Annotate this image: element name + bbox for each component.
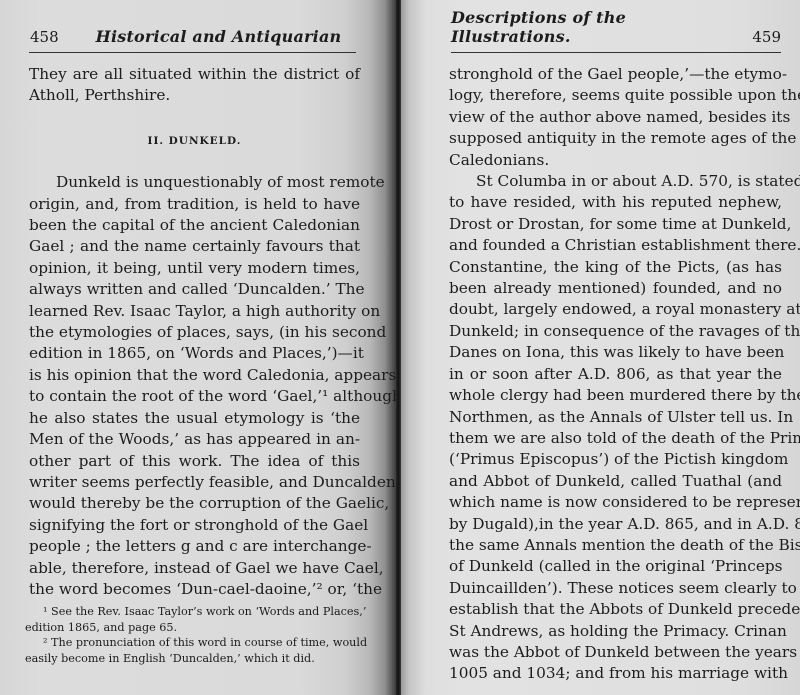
- header-rule: [451, 52, 781, 53]
- text-line: writer seems perfectly feasible, and Dun…: [29, 472, 360, 493]
- text-line: Caledonians.: [449, 150, 782, 171]
- text-line: to have resided, with his reputed nephew…: [449, 192, 782, 213]
- text-line: Drost or Drostan, for some time at Dunke…: [449, 214, 782, 235]
- text-line: would thereby be the corruption of the G…: [29, 493, 360, 514]
- footnote-line: ¹ See the Rev. Isaac Taylor’s work on ‘W…: [25, 604, 355, 620]
- text-line: Dunkeld is unquestionably of most remote: [29, 172, 360, 193]
- text-line: by Dugald),in the year A.D. 865, and in …: [449, 514, 782, 535]
- text-line: been already mentioned) founded, and no: [449, 278, 782, 299]
- text-line: is his opinion that the word Caledonia, …: [29, 365, 360, 386]
- left-page: 458 Historical and Antiquarian They are …: [0, 0, 396, 695]
- text-line: he also states the usual etymology is ‘t…: [29, 408, 360, 429]
- text-line: Danes on Iona, this was likely to have b…: [449, 342, 782, 363]
- text-line: able, therefore, instead of Gael we have…: [29, 558, 360, 579]
- text-line: They are all situated within the distric…: [29, 64, 360, 85]
- page-number: 458: [30, 28, 59, 46]
- left-running-head: 458 Historical and Antiquarian: [30, 20, 360, 46]
- text-line: the word becomes ‘Dun-cael-daoine,’² or,…: [29, 579, 360, 600]
- text-line: of Dunkeld (called in the original ‘Prin…: [449, 556, 782, 577]
- right-running-head: Descriptions of the Illustrations. 459: [451, 20, 781, 46]
- text-line: Atholl, Perthshire.: [29, 85, 360, 106]
- text-line: establish that the Abbots of Dunkeld pre…: [449, 599, 782, 620]
- text-line: learned Rev. Isaac Taylor, a high author…: [29, 301, 360, 322]
- text-line: stronghold of the Gael people,’—the etym…: [449, 64, 782, 85]
- text-line: origin, and, from tradition, is held to …: [29, 194, 360, 215]
- text-line: logy, therefore, seems quite possible up…: [449, 85, 782, 106]
- text-line: opinion, it being, until very modern tim…: [29, 258, 360, 279]
- text-line: always written and called ‘Duncalden.’ T…: [29, 279, 360, 300]
- running-head-title: Descriptions of the Illustrations.: [451, 8, 726, 46]
- text-line: other part of this work. The idea of thi…: [29, 451, 360, 472]
- text-line: Northmen, as the Annals of Ulster tell u…: [449, 407, 782, 428]
- footnotes: ¹ See the Rev. Isaac Taylor’s work on ‘W…: [25, 604, 355, 666]
- text-line: the same Annals mention the death of the…: [449, 535, 782, 556]
- text-line: and Abbot of Dunkeld, called Tuathal (an…: [449, 471, 782, 492]
- text-line: them we are also told of the death of th…: [449, 428, 782, 449]
- text-line: Constantine, the king of the Picts, (as …: [449, 257, 782, 278]
- text-line: and founded a Christian establishment th…: [449, 235, 782, 256]
- text-line: doubt, largely endowed, a royal monaster…: [449, 299, 782, 320]
- text-line: in or soon after A.D. 806, as that year …: [449, 364, 782, 385]
- text-line: people ; the letters g and c are interch…: [29, 536, 360, 557]
- left-body-text: They are all situated within the distric…: [29, 64, 360, 600]
- text-line: St Columba in or about A.D. 570, is stat…: [449, 171, 782, 192]
- text-line: been the capital of the ancient Caledoni…: [29, 215, 360, 236]
- text-line: edition in 1865, on ‘Words and Places,’)…: [29, 343, 360, 364]
- footnote-line: ² The pronunciation of this word in cour…: [25, 635, 355, 651]
- text-line: (‘Primus Episcopus’) of the Pictish king…: [449, 449, 782, 470]
- footnote-line: easily become in English ‘Duncalden,’ wh…: [25, 651, 355, 667]
- header-rule: [29, 52, 356, 53]
- text-line: Gael ; and the name certainly favours th…: [29, 236, 360, 257]
- running-head-title: Historical and Antiquarian: [96, 27, 342, 46]
- text-line: supposed antiquity in the remote ages of…: [449, 128, 782, 149]
- text-line: Dunkeld; in consequence of the ravages o…: [449, 321, 782, 342]
- text-line: to contain the root of the word ‘Gael,’¹…: [29, 386, 360, 407]
- footnote-line: edition 1865, and page 65.: [25, 620, 355, 636]
- text-line: view of the author above named, besides …: [449, 107, 782, 128]
- section-heading: II. DUNKELD.: [29, 131, 360, 152]
- text-line: Duincaillden’). These notices seem clear…: [449, 578, 782, 599]
- right-page: Descriptions of the Illustrations. 459 s…: [401, 0, 800, 695]
- text-line: 1005 and 1034; and from his marriage wit…: [449, 663, 782, 684]
- text-line: signifying the fort or stronghold of the…: [29, 515, 360, 536]
- right-body-text: stronghold of the Gael people,’—the etym…: [449, 64, 782, 685]
- text-line: which name is now considered to be repre…: [449, 492, 782, 513]
- text-line: Men of the Woods,’ as has appeared in an…: [29, 429, 360, 450]
- text-line: whole clergy had been murdered there by …: [449, 385, 782, 406]
- text-line: St Andrews, as holding the Primacy. Crin…: [449, 621, 782, 642]
- page-number: 459: [752, 28, 781, 46]
- text-line: was the Abbot of Dunkeld between the yea…: [449, 642, 782, 663]
- text-line: the etymologies of places, says, (in his…: [29, 322, 360, 343]
